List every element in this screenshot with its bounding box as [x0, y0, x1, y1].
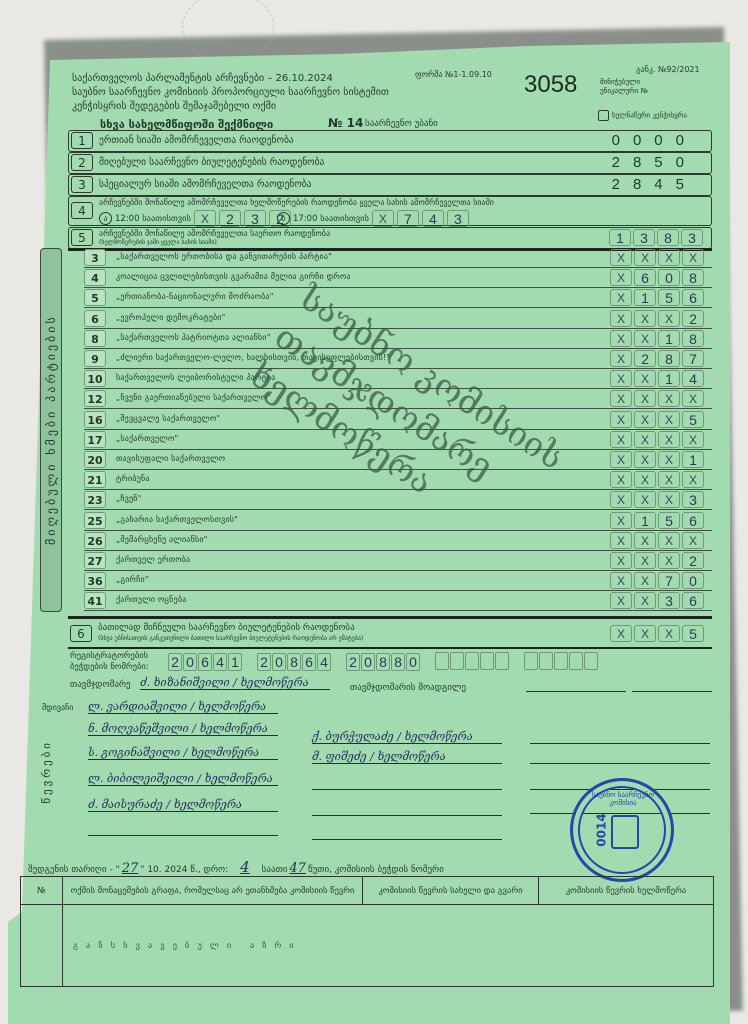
- time-label: 17:00 საათისთვის: [293, 214, 369, 224]
- digit-cell: 2: [219, 210, 241, 227]
- member-signature: ლ. ბიბილეიშვილი / ხელმოწერა: [88, 772, 278, 786]
- form-code: ფორმა №1-1.09.10: [415, 68, 492, 81]
- party-name: „ევროპელი დემოკრატები": [116, 313, 226, 322]
- seal-number-boxes: 206412086420880: [168, 652, 599, 674]
- vote-cells: XXX1: [610, 451, 704, 468]
- vote-cells: XXXX: [610, 249, 704, 266]
- row-value: 2850: [612, 154, 697, 171]
- seal-digit: [480, 652, 494, 670]
- date-prefix: შედგენის თარიღი - ": [28, 865, 120, 875]
- seal-digit: 4: [317, 653, 331, 671]
- digit-cell: 8: [658, 350, 680, 367]
- seal-digit: 8: [287, 653, 301, 671]
- digit-cells: 1 3 8 3: [609, 229, 703, 246]
- party-name: „ძლიერი საქართველო-ლელო, ხალხისთვის, თავ…: [116, 353, 390, 362]
- seal-number: 20880: [346, 652, 421, 674]
- digit-cell: X: [634, 552, 656, 569]
- commission-stamp: საუბნო საარჩევნო კომისია 0014: [570, 778, 674, 882]
- party-name: „გირჩი": [116, 575, 149, 584]
- seal-digit: [465, 652, 479, 670]
- party-number: 4: [84, 269, 106, 286]
- vote-cells: XXX2: [610, 552, 704, 569]
- party-number: 3: [84, 249, 106, 266]
- seal-digit: [495, 652, 509, 670]
- digit-cell: 1: [682, 451, 704, 468]
- member-signature: ს. გოგინაშვილი / ხელმოწერა: [88, 746, 278, 760]
- party-row: 20თავისუფალი საქართველოXXX1: [84, 450, 712, 470]
- party-name: „საქართველო": [116, 434, 178, 443]
- party-number: 26: [84, 532, 106, 549]
- precinct-number: № 14: [328, 116, 363, 130]
- seal-digit: [524, 652, 538, 670]
- digit-cell: X: [682, 532, 704, 549]
- seal-digit: [539, 652, 553, 670]
- seal-digit: 0: [361, 653, 375, 671]
- decree-number: განკ. №92/2021: [636, 63, 700, 76]
- digit-cell: 2: [634, 350, 656, 367]
- digit-cell: X: [658, 431, 680, 448]
- digit-cell: X: [610, 512, 632, 529]
- seal-digit: 0: [272, 653, 286, 671]
- vote-cells: XX18: [610, 330, 704, 347]
- digit-cell: X: [610, 471, 632, 488]
- vote-cells: X156: [610, 512, 704, 529]
- vote-cells: XXXX: [610, 532, 704, 549]
- row-number: 3: [71, 176, 93, 193]
- chair-signature: ძ. ხიზანიშვილი / ხელმოწერა: [140, 676, 330, 690]
- seal-number: [524, 652, 599, 674]
- row-number: 4: [71, 202, 93, 219]
- digit-cell: 3: [633, 229, 655, 246]
- row-label: ერთიან სიაში ამომრჩეველთა რაოდენობა: [99, 135, 294, 146]
- digit-cell: X: [634, 411, 656, 428]
- row-label: ბათილად მიჩნეული საარჩევნო ბიულეტენების …: [98, 623, 355, 633]
- vote-cells: XX70: [610, 572, 704, 589]
- digit-cell: 6: [682, 512, 704, 529]
- digit-cell: 0: [682, 572, 704, 589]
- turnout-signatures-row: 4 არჩევნებში მონაწილე ამომრჩეველთა ხელმო…: [68, 196, 712, 226]
- secretary-label: მდივანი: [42, 703, 73, 712]
- digit-cell: X: [610, 431, 632, 448]
- member-signature: ძ. მაისურაძე / ხელმოწერა: [88, 798, 278, 812]
- digit-cell: X: [658, 310, 680, 327]
- party-number: 17: [84, 431, 106, 448]
- member-signature: ქ. ბურჭულაძე / ხელმოწერა: [312, 730, 502, 744]
- digit-cell: 1: [658, 330, 680, 347]
- digit-cell: X: [634, 249, 656, 266]
- party-name: ქართველ ერთობა: [116, 555, 190, 564]
- party-number: 12: [84, 390, 106, 407]
- seal-digit: 0: [406, 653, 420, 671]
- digit-cell: 3: [681, 229, 703, 246]
- row-number: 6: [70, 625, 92, 642]
- digit-cell: X: [634, 431, 656, 448]
- party-row: 36„გირჩი"XX70: [84, 571, 712, 591]
- section-divider: [68, 647, 712, 649]
- digit-cell: 3: [244, 210, 266, 227]
- seal-digit: [584, 652, 598, 670]
- col-header-member-name: კომისიის წევრის სახელი და გვარი: [363, 877, 539, 905]
- row-label: არჩევნებში მონაწილე ამომრჩეველთა საერთო …: [99, 229, 330, 238]
- party-row: 6„ევროპელი დემოკრატები"XXX2: [84, 309, 712, 329]
- deputy-name-line: [526, 678, 626, 692]
- digit-cell: X: [634, 592, 656, 609]
- vote-cells: XXXX: [610, 431, 704, 448]
- party-name: „ერთიანობა-ნაციონალური მოძრაობა": [116, 292, 274, 301]
- digit-cell: X: [658, 471, 680, 488]
- party-number: 41: [84, 592, 106, 609]
- row-number: 5: [71, 229, 93, 246]
- digit-cell: 6: [682, 592, 704, 609]
- seal-digit: [435, 652, 449, 670]
- digit-cell: X: [634, 370, 656, 387]
- completion-minute: 47: [289, 861, 306, 876]
- seal-digit: 2: [257, 653, 271, 671]
- row-sublabel: (სხვა უბნისათვის განკუთვნილი ბათილი საარ…: [98, 635, 363, 642]
- seal-digit: [569, 652, 583, 670]
- party-name: „ჩვენი გაერთიანებული საქართველო": [116, 393, 271, 402]
- party-number: 10: [84, 370, 106, 387]
- dissent-cell-number: [21, 905, 63, 987]
- row-label: სპეციალურ სიაში ამომრჩეველთა რაოდენობა: [99, 179, 311, 190]
- digit-cell: X: [658, 390, 680, 407]
- row-label: არჩევნებში მონაწილე ამომრჩეველთა ხელმოწე…: [99, 198, 494, 207]
- vote-cells: XXXX: [610, 390, 704, 407]
- digit-cell: X: [610, 390, 632, 407]
- party-number: 23: [84, 491, 106, 508]
- digit-cell: 5: [682, 625, 704, 642]
- party-row: 16„შევცვალე საქართველო"XXX5: [84, 410, 712, 430]
- digit-cell: X: [634, 471, 656, 488]
- digit-cell: 1: [609, 229, 631, 246]
- digit-cell: X: [610, 269, 632, 286]
- party-number: 5: [84, 289, 106, 306]
- header-title-line2: საუბნო საარჩევნო კომისიის პროპორციული სა…: [72, 86, 389, 99]
- digit-cell: 8: [657, 229, 679, 246]
- completion-datetime: შედგენის თარიღი - " 27 " 10. 2024 წ., დრ…: [28, 858, 444, 876]
- digit-cell: 8: [682, 330, 704, 347]
- turnout-17-00: ბ 17:00 საათისთვის X 7 4 3: [277, 210, 469, 227]
- minute-label: წუთი, კომისიის ბეჭდის ნომერი: [308, 865, 444, 875]
- digit-cell: X: [658, 552, 680, 569]
- digit-cell: X: [610, 370, 632, 387]
- seal-digit: 6: [302, 653, 316, 671]
- digit-cell: 3: [658, 592, 680, 609]
- handwritten-checkbox[interactable]: ხელნაწერი კენჭისყრა: [598, 110, 687, 121]
- party-number: 8: [84, 330, 106, 347]
- digit-cell: 7: [682, 350, 704, 367]
- section-divider: [68, 616, 712, 619]
- digit-cell: X: [610, 310, 632, 327]
- digit-cell: X: [610, 411, 632, 428]
- vote-cells: XXXX: [610, 471, 704, 488]
- vote-cells: XX36: [610, 592, 704, 609]
- digit-cell: 1: [658, 370, 680, 387]
- deputy-signature-line: [632, 678, 712, 692]
- party-name: „ჩვენ": [116, 494, 142, 503]
- party-name: „შევცვალე საქართველო": [116, 414, 220, 423]
- digit-cell: 7: [658, 572, 680, 589]
- digit-cell: 7: [397, 210, 419, 227]
- party-row: 17„საქართველო"XXXX: [84, 430, 712, 450]
- digit-cell: X: [658, 451, 680, 468]
- row-value: 2845: [612, 176, 697, 193]
- col-header-field: ოქმის მონაცემების გრაფა, რომელსაც არ ეთა…: [63, 877, 363, 905]
- party-name: „საქართველოს პატრიოტთა ალიანსი": [116, 333, 271, 342]
- digit-cell: X: [610, 350, 632, 367]
- member-signature-empty: [530, 750, 710, 764]
- seal-digit: 1: [228, 653, 242, 671]
- precinct-suffix: საარჩევნო უბანი: [365, 119, 438, 129]
- digit-cell: X: [610, 451, 632, 468]
- seal-digit: 8: [391, 653, 405, 671]
- party-row: 10საქართველოს ლეიბორისტული პარტიაXX14: [84, 369, 712, 389]
- seal-number: [435, 652, 510, 674]
- member-signature-empty: [312, 802, 502, 816]
- seal-digit: 4: [213, 653, 227, 671]
- digit-cell: 5: [658, 289, 680, 306]
- vote-cells: X608: [610, 269, 704, 286]
- seal-number: 20864: [257, 652, 332, 674]
- row-sublabel: (ხელმოწერების ჯამი ყველა სახის სიაში): [99, 239, 217, 246]
- stamp-text: საუბნო საარჩევნო კომისია: [579, 791, 667, 807]
- completion-day: 27: [122, 861, 139, 876]
- party-row: 27ქართველ ერთობაXXX2: [84, 551, 712, 571]
- dissent-handwritten-text: განსხვავებული აზრი: [63, 905, 714, 987]
- digit-cell: X: [634, 451, 656, 468]
- digit-cell: X: [610, 289, 632, 306]
- summary-row-2: 2 მიღებული საარჩევნო ბიულეტენების რაოდენ…: [68, 152, 712, 174]
- seal-digit: 6: [198, 653, 212, 671]
- digit-cell: X: [610, 552, 632, 569]
- party-number: 21: [84, 471, 106, 488]
- digit-cell: X: [610, 572, 632, 589]
- digit-cell: X: [610, 249, 632, 266]
- digit-cell: 5: [682, 411, 704, 428]
- party-row: 23„ჩვენ"XXX3: [84, 490, 712, 510]
- marker-b: ბ: [277, 212, 290, 225]
- digit-cell: X: [610, 491, 632, 508]
- digit-cell: X: [634, 330, 656, 347]
- digit-cell: 8: [682, 269, 704, 286]
- digit-cell: X: [682, 390, 704, 407]
- label-line: რეგისტრატორების: [70, 651, 149, 662]
- header-title-line1: საქართველოს პარლამენტის არჩევნები – 26.1…: [72, 72, 333, 85]
- digit-cell: 4: [422, 210, 444, 227]
- seal-digit: [450, 652, 464, 670]
- member-signature: მ. ფიშეძე / ხელმოწერა: [312, 750, 502, 764]
- digit-cell: 3: [447, 210, 469, 227]
- protocol-number: 3058: [524, 71, 577, 99]
- deputy-label: თავმჯდომარის მოადგილე: [350, 683, 466, 693]
- party-name: კოალიცია ცვლილებისთვის გვარამია მელია გი…: [116, 272, 351, 281]
- digit-cell: 2: [682, 552, 704, 569]
- members-label: წევრები: [40, 740, 53, 804]
- vote-cells: XXX3: [610, 491, 704, 508]
- hour-label: საათი: [262, 865, 288, 875]
- stamp-emblem-icon: [611, 815, 639, 849]
- party-number: 36: [84, 572, 106, 589]
- vote-cells: XXX5: [610, 411, 704, 428]
- digit-cell: X: [658, 411, 680, 428]
- vote-cells: XX14: [610, 370, 704, 387]
- party-name: „საქართველოს ერთობისა და განვითარების პა…: [116, 252, 332, 261]
- digit-cell: X: [634, 572, 656, 589]
- digit-cell: X: [610, 592, 632, 609]
- vote-cells: X287: [610, 350, 704, 367]
- digit-cell: X: [658, 532, 680, 549]
- seal-digit: 8: [376, 653, 390, 671]
- secretary-signature: ლ. ვარდიაშვილი / ხელმოწერა: [88, 700, 278, 714]
- party-section-label: მიღებული ხმები პარტიების: [40, 248, 62, 612]
- member-signature-empty: [88, 822, 278, 836]
- digit-cell: 6: [682, 289, 704, 306]
- checkbox-icon[interactable]: [598, 110, 609, 121]
- member-signature-empty: [312, 826, 502, 840]
- seal-digit: [554, 652, 568, 670]
- digit-cell: 2: [682, 310, 704, 327]
- member-signature: ნ. მოღვაწეშვილი / ხელმოწერა: [88, 722, 278, 736]
- party-row: 3„საქართველოს ერთობისა და განვითარების პ…: [84, 248, 712, 268]
- row-label: მიღებული საარჩევნო ბიულეტენების რაოდენობ…: [99, 157, 324, 168]
- digit-cell: X: [682, 431, 704, 448]
- digit-cell: X: [634, 390, 656, 407]
- protocol-number-label: მინიჭებული უნიკალური №: [600, 78, 660, 96]
- turnout-12-00: ა 12:00 საათისთვის X 2 3 2: [99, 210, 291, 227]
- party-row: 21ტრიბუნაXXXX: [84, 470, 712, 490]
- time-label: 12:00 საათისთვის: [115, 214, 191, 224]
- party-number: 25: [84, 512, 106, 529]
- digit-cell: X: [610, 330, 632, 347]
- summary-row-1: 1 ერთიან სიაში ამომრჩეველთა რაოდენობა 00…: [68, 130, 712, 152]
- party-number: 9: [84, 350, 106, 367]
- party-name: „მემარცხენე ალიანსი": [116, 535, 208, 544]
- digit-cell: X: [634, 532, 656, 549]
- digit-cell: X: [634, 310, 656, 327]
- col-header-number: №: [21, 877, 63, 905]
- row-number: 2: [71, 154, 93, 171]
- digit-cell: 1: [634, 289, 656, 306]
- digit-cell: 6: [634, 269, 656, 286]
- digit-cell: X: [194, 210, 216, 227]
- party-name: ქართული ოცნება: [116, 595, 186, 604]
- party-row: 12„ჩვენი გაერთიანებული საქართველო"XXXX: [84, 389, 712, 409]
- digit-cell: X: [610, 532, 632, 549]
- party-number: 27: [84, 552, 106, 569]
- party-name: „გახარია საქართველოსთვის": [116, 515, 238, 524]
- chair-label: თავმჯდომარე: [70, 680, 131, 690]
- party-row: 5„ერთიანობა-ნაციონალური მოძრაობა"X156: [84, 288, 712, 308]
- dissent-table: № ოქმის მონაცემების გრაფა, რომელსაც არ ე…: [20, 876, 714, 987]
- date-mid: " 10. 2024 წ., დრო:: [140, 865, 228, 875]
- party-row: 9„ძლიერი საქართველო-ლელო, ხალხისთვის, თა…: [84, 349, 712, 369]
- party-number: 20: [84, 451, 106, 468]
- digit-cell: 0: [658, 269, 680, 286]
- digit-cell: X: [682, 249, 704, 266]
- digit-cell: X: [658, 625, 680, 642]
- seal-digit: 2: [346, 653, 360, 671]
- member-signature-empty: [312, 776, 502, 790]
- digit-cell: 3: [682, 491, 704, 508]
- seal-digit: 2: [168, 653, 182, 671]
- seal-numbers-label: რეგისტრატორების ბეჭდების ნომრები:: [70, 651, 149, 673]
- col-header-member-signature: კომისიის წევრის ხელმოწერა: [539, 877, 714, 905]
- digit-cell: 4: [682, 370, 704, 387]
- invalid-ballots-row: 6 ბათილად მიჩნეული საარჩევნო ბიულეტენები…: [68, 622, 712, 646]
- party-name: საქართველოს ლეიბორისტული პარტია: [116, 373, 275, 382]
- vote-cells: XXX2: [610, 310, 704, 327]
- digit-cell: X: [372, 210, 394, 227]
- seal-digit: 0: [183, 653, 197, 671]
- digit-cell: X: [682, 471, 704, 488]
- digit-cell: 5: [658, 512, 680, 529]
- digit-cell: X: [634, 625, 656, 642]
- stamp-number: 0014: [595, 813, 609, 846]
- header-title-line3: კენჭისყრის შედეგების შემაჯამებელი ოქმი: [72, 100, 276, 113]
- party-row: 4კოალიცია ცვლილებისთვის გვარამია მელია გ…: [84, 268, 712, 288]
- party-number: 16: [84, 411, 106, 428]
- marker-a: ა: [99, 212, 112, 225]
- digit-cell: X: [610, 625, 632, 642]
- row-number: 1: [71, 132, 93, 149]
- seal-number: 20641: [168, 652, 243, 674]
- party-row: 41ქართული ოცნებაXX36: [84, 591, 712, 611]
- digit-cell: X: [634, 491, 656, 508]
- party-row: 25„გახარია საქართველოსთვის"X156: [84, 511, 712, 531]
- total-turnout-row: 5 არჩევნებში მონაწილე ამომრჩეველთა საერთ…: [68, 227, 712, 249]
- party-row: 8„საქართველოს პატრიოტთა ალიანსი"XX18: [84, 329, 712, 349]
- row-value: 0000: [612, 132, 697, 149]
- party-name: ტრიბუნა: [116, 474, 150, 483]
- checkbox-label: ხელნაწერი კენჭისყრა: [612, 112, 687, 120]
- label-line: ბეჭდების ნომრები:: [70, 662, 149, 673]
- summary-row-3: 3 სპეციალურ სიაში ამომრჩეველთა რაოდენობა…: [68, 174, 712, 196]
- digit-cell: X: [658, 249, 680, 266]
- party-number: 6: [84, 310, 106, 327]
- party-name: თავისუფალი საქართველო: [116, 454, 225, 463]
- digit-cell: X: [658, 491, 680, 508]
- member-signature-empty: [530, 730, 710, 744]
- digit-cells: X X X 5: [610, 625, 704, 642]
- completion-hour: 4: [230, 858, 260, 876]
- vote-cells: X156: [610, 289, 704, 306]
- party-row: 26„მემარცხენე ალიანსი"XXXX: [84, 531, 712, 551]
- digit-cell: 1: [634, 512, 656, 529]
- party-votes-section: მიღებული ხმები პარტიების 3„საქართველოს ე…: [40, 248, 712, 618]
